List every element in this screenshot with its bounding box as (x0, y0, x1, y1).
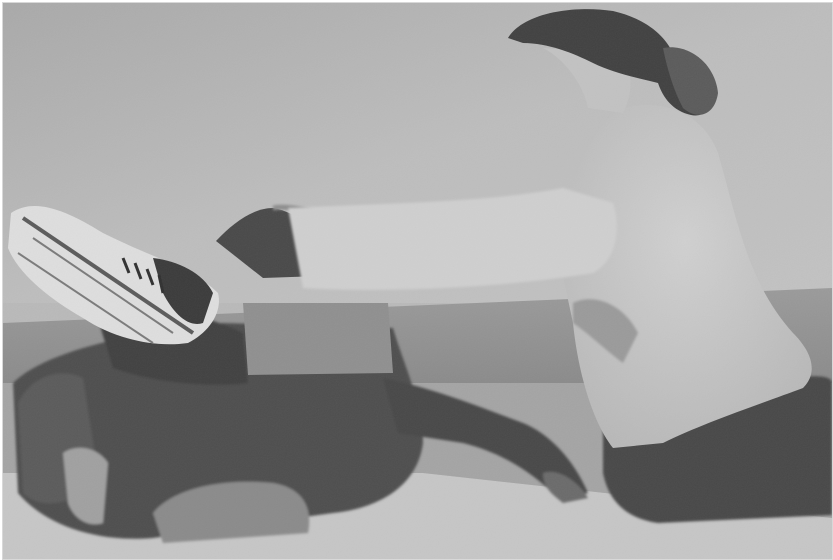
photograph (2, 2, 833, 560)
therapy-scene (3, 3, 832, 559)
